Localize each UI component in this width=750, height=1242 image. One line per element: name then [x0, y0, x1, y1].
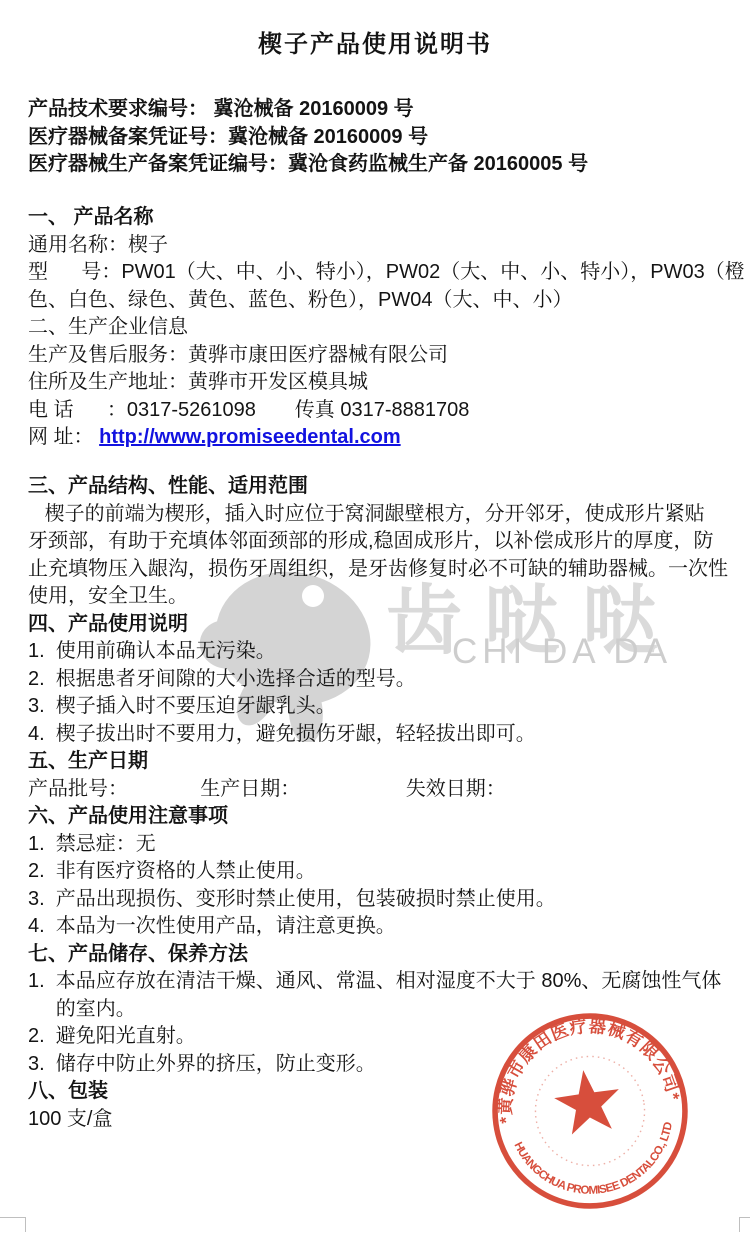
- section6-item-3: 3. 产品出现损伤、变形时禁止使用，包装破损时禁止使用。: [28, 886, 732, 914]
- registration-block: 产品技术要求编号： 冀沧械备 20160009 号 医疗器械备案凭证号：冀沧械备…: [28, 96, 732, 179]
- page-title: 楔子产品使用说明书: [0, 24, 750, 59]
- reg-line-record: 医疗器械备案凭证号：冀沧械备 20160009 号: [28, 124, 732, 152]
- section3-heading: 三、产品结构、性能、适用范围: [28, 473, 732, 501]
- section6-item-1: 1. 禁忌症：无: [28, 831, 732, 859]
- section7-item-1a: 1. 本品应存放在清洁干燥、通风、常温、相对湿度不大于 80%、无腐蚀性气体: [28, 968, 732, 996]
- section3-para-2: 牙颈部，有助于充填体邻面颈部的形成,稳固成形片，以补偿成形片的厚度，防: [28, 528, 732, 556]
- service-line: 生产及售后服务：黄骅市康田医疗器械有限公司: [28, 342, 732, 370]
- phone-fax-line: 电 话 ：0317-5261098 传真 0317-8881708: [28, 397, 732, 425]
- table-corner-mark-right: [739, 1217, 750, 1232]
- section1-heading: 一、 产品名称: [28, 204, 732, 232]
- reg-line-production: 医疗器械生产备案凭证编号：冀沧食药监械生产备 20160005 号: [28, 151, 732, 179]
- section4-item-4: 4. 楔子拔出时不要用力，避免损伤牙龈，轻轻拔出即可。: [28, 721, 732, 749]
- svg-text:HUANGCHUA PROMISEE DENTALCO.,: HUANGCHUA PROMISEE DENTALCO., LTD: [511, 1119, 684, 1208]
- section2-heading: 二、生产企业信息: [28, 314, 732, 342]
- sections-1-2: 一、 产品名称 通用名称：楔子 型 号：PW01（大、中、小、特小），PW02（…: [28, 204, 732, 452]
- section6-item-4: 4. 本品为一次性使用产品，请注意更换。: [28, 913, 732, 941]
- website-link[interactable]: http://www.promiseedental.com: [99, 426, 401, 448]
- stamp-company-en: HUANGCHUA PROMISEE DENTALCO., LTD: [511, 1119, 684, 1208]
- section5-fields: 产品批号： 生产日期： 失效日期：: [28, 776, 732, 804]
- section6-item-2: 2. 非有医疗资格的人禁止使用。: [28, 858, 732, 886]
- stamp-star-icon: [551, 1066, 624, 1137]
- document-page: 齿哒哒 CHI DA DA 楔子产品使用说明书 产品技术要求编号： 冀沧械备 2…: [0, 0, 750, 1242]
- website-label: 网 址：: [28, 426, 99, 448]
- section6-heading: 六、产品使用注意事项: [28, 803, 732, 831]
- section3-para-3: 止充填物压入龈沟，损伤牙周组织，是牙齿修复时必不可缺的辅助器械。一次性: [28, 556, 732, 584]
- generic-name-line: 通用名称：楔子: [28, 232, 732, 260]
- model-line-1: 型 号：PW01（大、中、小、特小），PW02（大、中、小、特小），PW03（橙: [28, 259, 732, 287]
- section3-para-1: 楔子的前端为楔形，插入时应位于窝洞龈壁根方，分开邻牙，使成形片紧贴: [28, 501, 732, 529]
- section4-item-1: 1. 使用前确认本品无污染。: [28, 638, 732, 666]
- section4-item-3: 3. 楔子插入时不要压迫牙龈乳头。: [28, 693, 732, 721]
- section7-heading: 七、产品储存、保养方法: [28, 941, 732, 969]
- section4-item-2: 2. 根据患者牙间隙的大小选择合适的型号。: [28, 666, 732, 694]
- company-stamp: *黄骅市康田医疗器械有限公司* HUANGCHUA PROMISEE DENTA…: [489, 1010, 691, 1212]
- section3-para-4: 使用，安全卫生。: [28, 583, 732, 611]
- section4-heading: 四、产品使用说明: [28, 611, 732, 639]
- model-line-2: 色、白色、绿色、黄色、蓝色、粉色），PW04（大、中、小）: [28, 287, 732, 315]
- address-line: 住所及生产地址：黄骅市开发区模具城: [28, 369, 732, 397]
- reg-line-technical: 产品技术要求编号： 冀沧械备 20160009 号: [28, 96, 732, 124]
- website-line: 网 址： http://www.promiseedental.com: [28, 424, 732, 452]
- table-corner-mark-left: [0, 1217, 26, 1232]
- section5-heading: 五、生产日期: [28, 748, 732, 776]
